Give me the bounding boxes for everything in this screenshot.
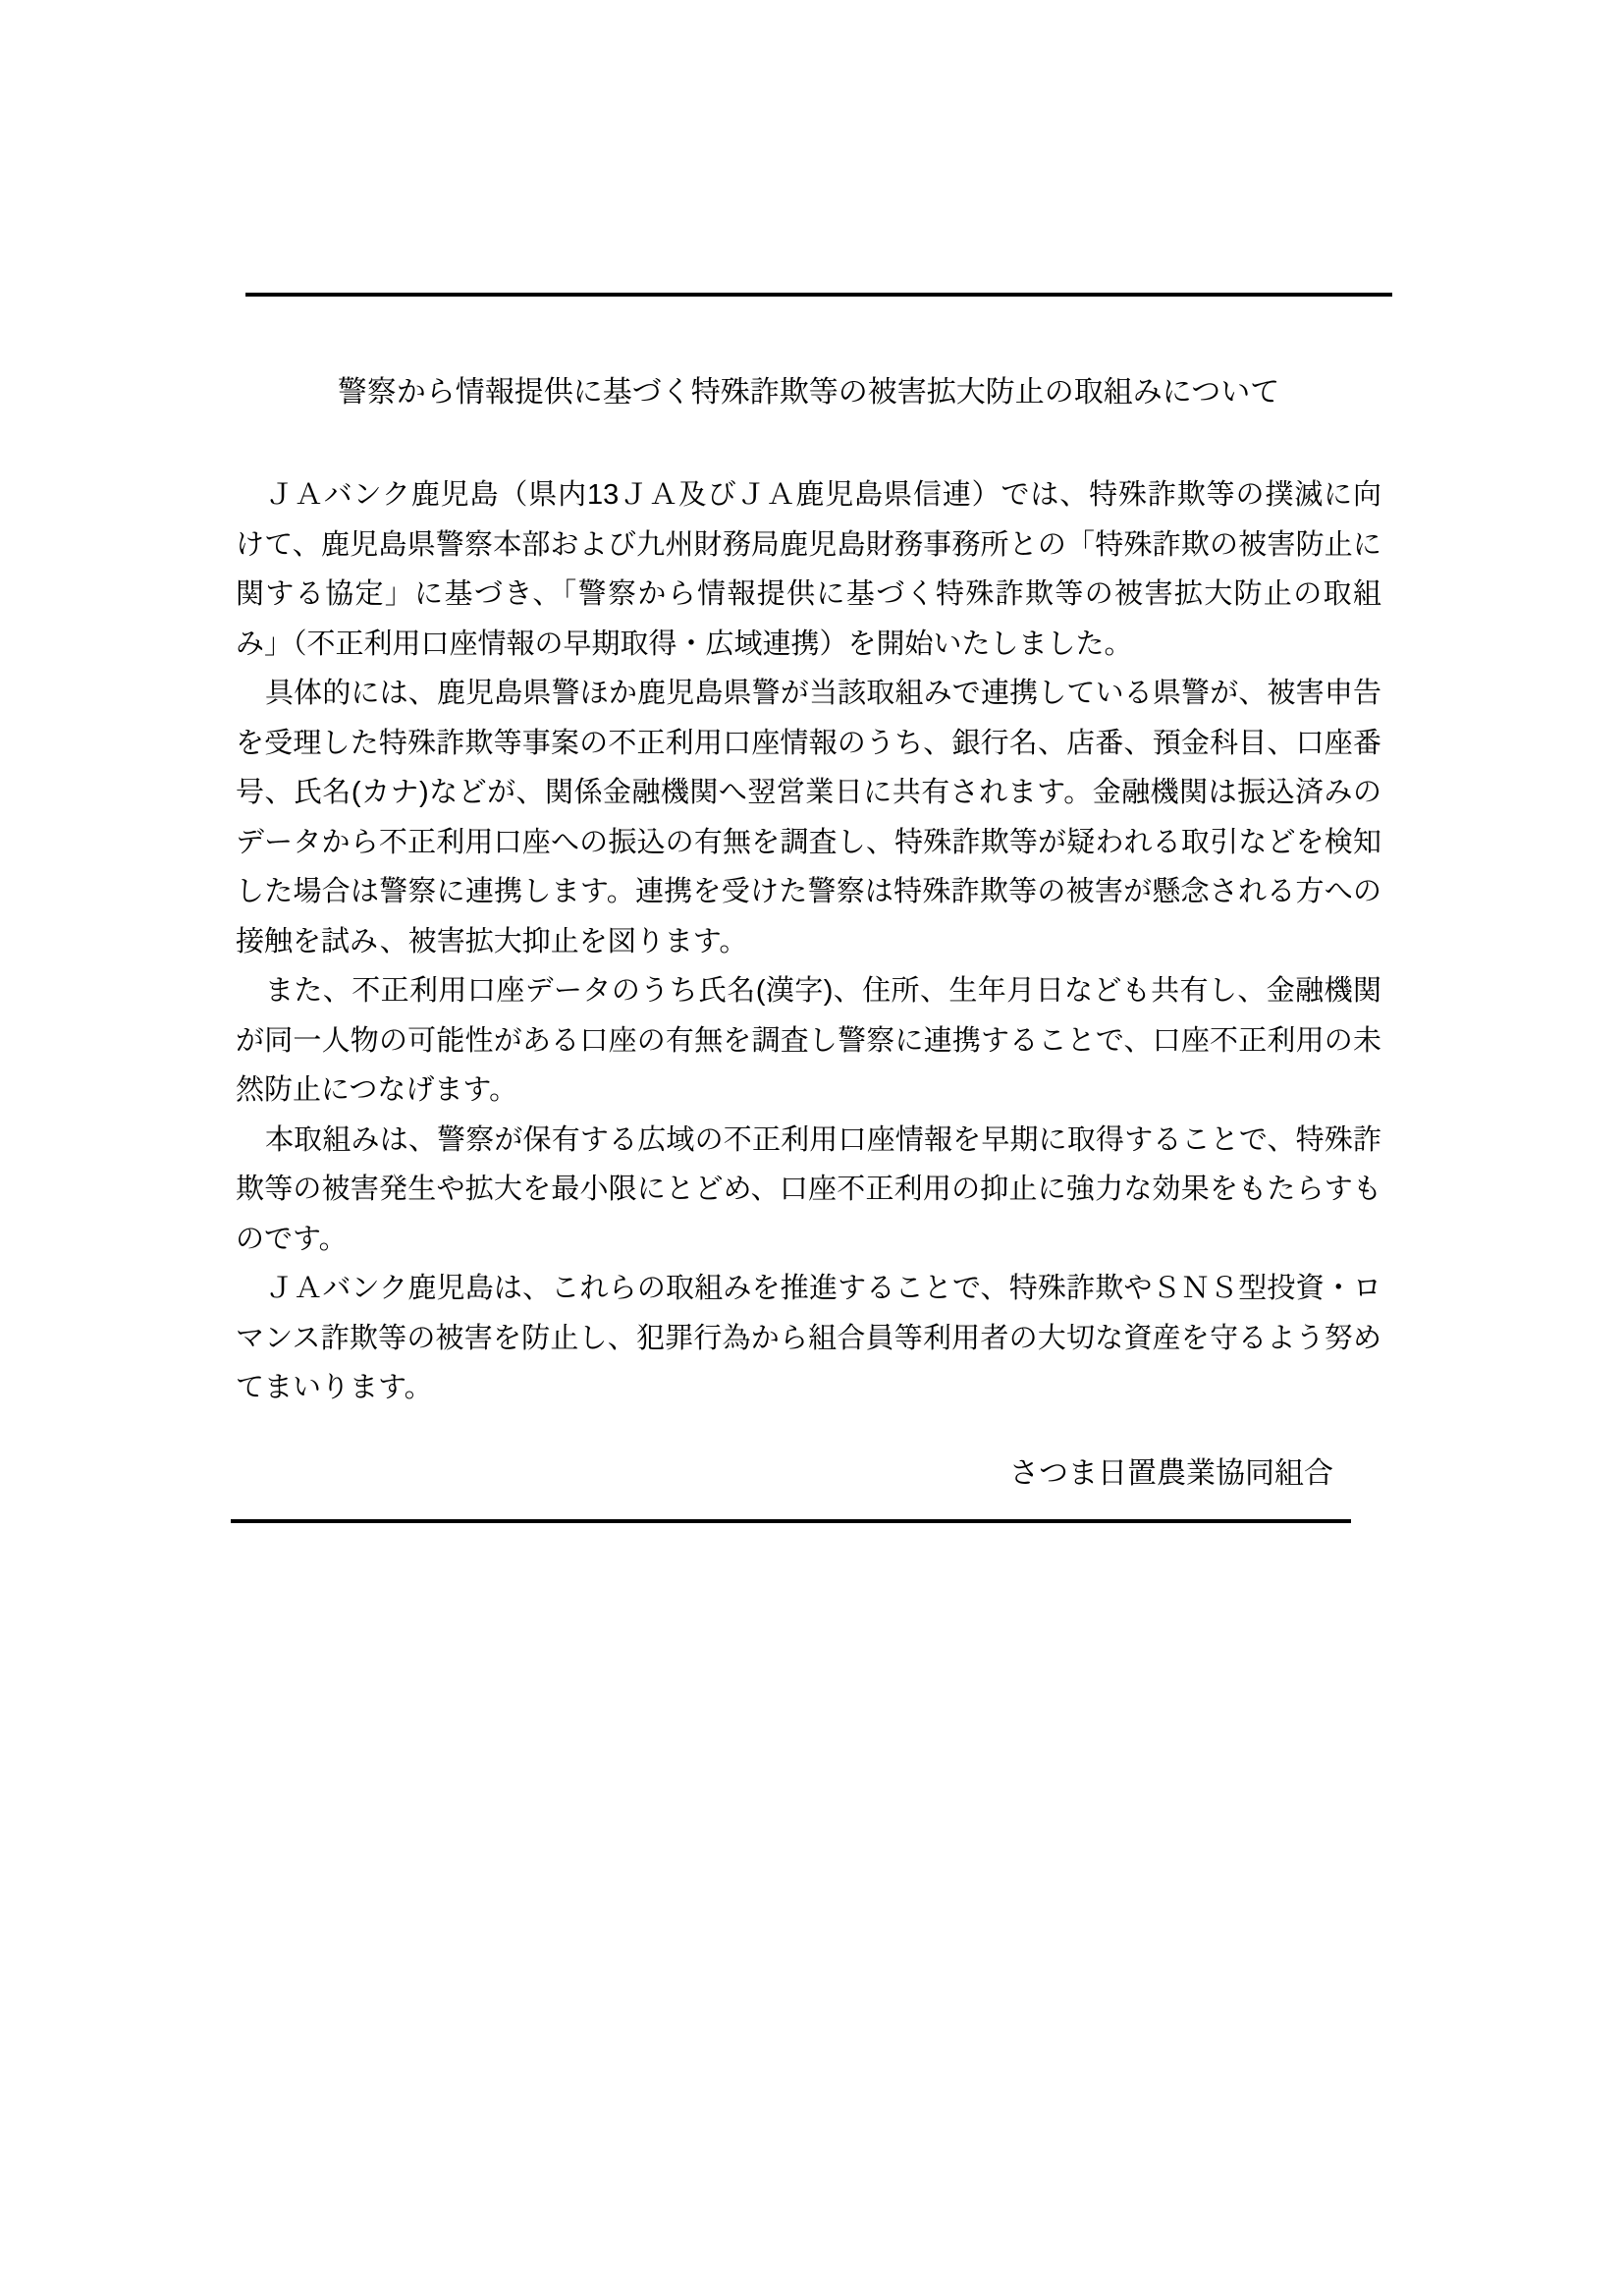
text-line: 欺等の被害発生や拡大を最小限にとどめ、口座不正利用の抑止に強力な効果をもたらすも [236,1165,1381,1215]
text-line: ＪＡバンク鹿児島（県内13ＪＡ及びＪＡ鹿児島県信連）では、特殊詐欺等の撲滅に向 [236,470,1381,520]
paragraph: 本取組みは、警察が保有する広域の不正利用口座情報を早期に取得することで、特殊詐 … [236,1116,1381,1265]
text-line: ＪＡバンク鹿児島は、これらの取組みを推進することで、特殊詐欺やＳＮＳ型投資・ロ [236,1264,1381,1314]
text-line: 本取組みは、警察が保有する広域の不正利用口座情報を早期に取得することで、特殊詐 [236,1116,1381,1166]
text-line: み」（不正利用口座情報の早期取得・広域連携）を開始いたしました。 [236,620,1381,670]
text-line: 関する協定」に基づき、「警察から情報提供に基づく特殊詐欺等の被害拡大防止の取組 [236,570,1381,620]
document-title: 警察から情報提供に基づく特殊詐欺等の被害拡大防止の取組みについて [236,375,1381,410]
text-line: てまいります。 [236,1363,1381,1413]
text-line: した場合は警察に連携します。連携を受けた警察は特殊詐欺等の被害が懸念される方への [236,867,1381,917]
document-body: ＪＡバンク鹿児島（県内13ＪＡ及びＪＡ鹿児島県信連）では、特殊詐欺等の撲滅に向 … [236,470,1381,1413]
text-line: を受理した特殊詐欺等事案の不正利用口座情報のうち、銀行名、店番、預金科目、口座番 [236,719,1381,769]
page: 警察から情報提供に基づく特殊詐欺等の被害拡大防止の取組みについて ＪＡバンク鹿児… [0,0,1623,2296]
text-line: 然防止につなげます。 [236,1066,1381,1116]
paragraph: ＪＡバンク鹿児島（県内13ＪＡ及びＪＡ鹿児島県信連）では、特殊詐欺等の撲滅に向 … [236,470,1381,669]
text-line: 号、氏名(カナ)などが、関係金融機関へ翌営業日に共有されます。金融機関は振込済み… [236,768,1381,818]
top-rule [245,293,1392,297]
signature: さつま日置農業協同組合 [236,1454,1333,1494]
text-line: が同一人物の可能性がある口座の有無を調査し警察に連携することで、口座不正利用の未 [236,1016,1381,1066]
text-line: マンス詐欺等の被害を防止し、犯罪行為から組合員等利用者の大切な資産を守るよう努め [236,1314,1381,1364]
text-line: けて、鹿児島県警察本部および九州財務局鹿児島財務事務所との「特殊詐欺の被害防止に [236,520,1381,571]
paragraph: 具体的には、鹿児島県警ほか鹿児島県警が当該取組みで連携している県警が、被害申告 … [236,669,1381,966]
text-line: また、不正利用口座データのうち氏名(漢字)、住所、生年月日なども共有し、金融機関 [236,966,1381,1016]
text-line: のです。 [236,1215,1381,1265]
bottom-rule [231,1519,1351,1523]
text-line: データから不正利用口座への振込の有無を調査し、特殊詐欺等が疑われる取引などを検知 [236,818,1381,868]
text-line: 具体的には、鹿児島県警ほか鹿児島県警が当該取組みで連携している県警が、被害申告 [236,669,1381,719]
text-line: 接触を試み、被害拡大抑止を図ります。 [236,917,1381,967]
paragraph: また、不正利用口座データのうち氏名(漢字)、住所、生年月日なども共有し、金融機関… [236,966,1381,1116]
paragraph: ＪＡバンク鹿児島は、これらの取組みを推進することで、特殊詐欺やＳＮＳ型投資・ロ … [236,1264,1381,1413]
